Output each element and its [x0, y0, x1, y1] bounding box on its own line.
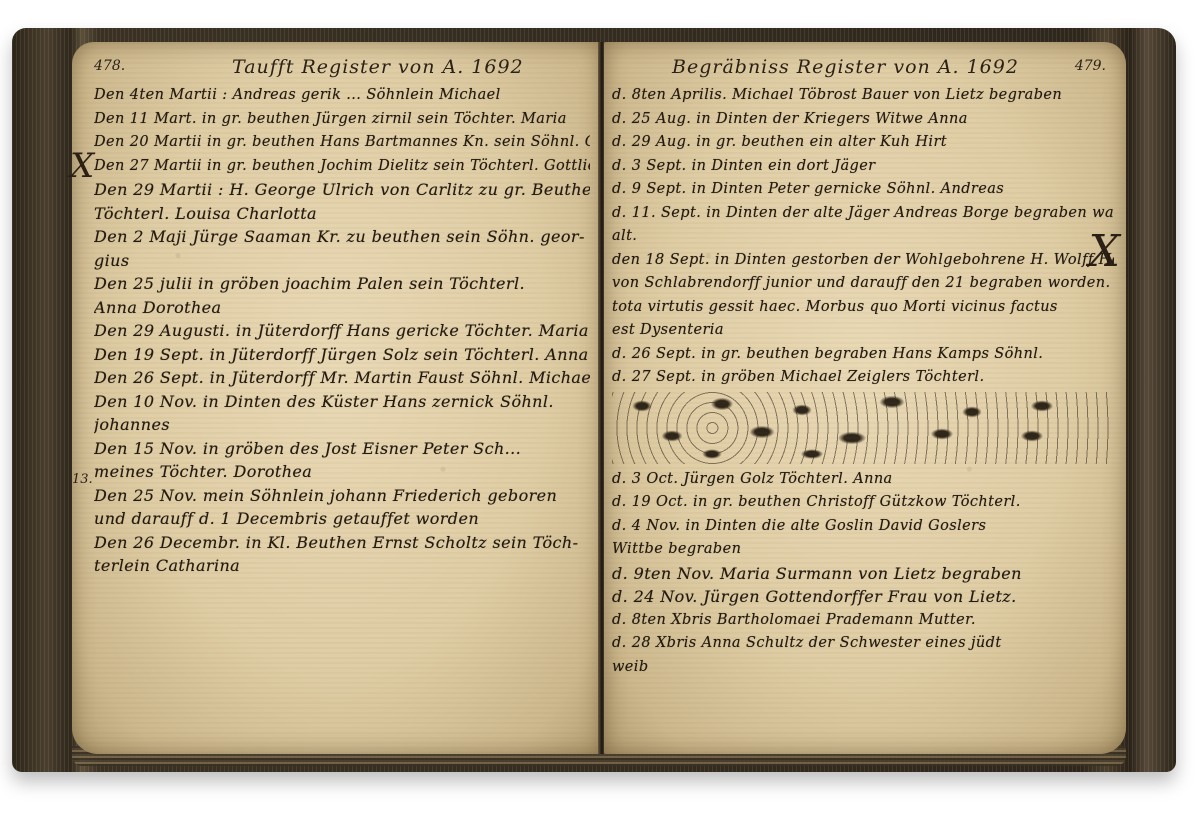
register-entry: Den 11 Mart. in gr. beuthen Jürgen zirni…	[94, 108, 590, 132]
open-register-book: 478. Taufft Register von A. 1692 X 13. D…	[12, 28, 1176, 772]
register-entry: d. 29 Aug. in gr. beuthen ein alter Kuh …	[612, 131, 1114, 155]
register-entry: d. 25 Aug. in Dinten der Kriegers Witwe …	[612, 108, 1114, 132]
register-entry: Den 15 Nov. in gröben des Jost Eisner Pe…	[94, 437, 590, 461]
register-entry: d. 26 Sept. in gr. beuthen begraben Hans…	[612, 343, 1114, 367]
register-entry: Den 19 Sept. in Jüterdorff Jürgen Solz s…	[94, 343, 590, 367]
register-entry: d. 3 Oct. Jürgen Golz Töchterl. Anna	[612, 468, 1114, 492]
baptism-entries: Den 4ten Martii : Andreas gerik ... Söhn…	[94, 84, 590, 578]
register-entry: meines Töchter. Dorothea	[94, 460, 590, 484]
register-entry: est Dysenteria	[612, 319, 1114, 343]
register-entry: Den 26 Decembr. in Kl. Beuthen Ernst Sch…	[94, 531, 590, 555]
register-entry: und darauff d. 1 Decembris getauffet wor…	[94, 507, 590, 531]
register-entry: Den 25 Nov. mein Söhnlein johann Frieder…	[94, 484, 590, 508]
register-entry: d. 28 Xbris Anna Schultz der Schwester e…	[612, 632, 1114, 656]
register-entry: tota virtutis gessit haec. Morbus quo Mo…	[612, 296, 1114, 320]
register-entry: d. 24 Nov. Jürgen Gottendorffer Frau von…	[612, 585, 1114, 609]
register-entry: d. 27 Sept. in gröben Michael Zeiglers T…	[612, 366, 1114, 390]
register-entry: Den 29 Martii : H. George Ulrich von Car…	[94, 178, 590, 202]
register-entry: Den 26 Sept. in Jüterdorff Mr. Martin Fa…	[94, 366, 590, 390]
register-entry: Den 20 Martii in gr. beuthen Hans Bartma…	[94, 131, 590, 155]
register-entry: Wittbe begraben	[612, 538, 1114, 562]
struck-out-entry	[612, 392, 1114, 464]
register-entry: d. 8ten Aprilis. Michael Töbrost Bauer v…	[612, 84, 1114, 108]
register-entry: Den 2 Maji Jürge Saaman Kr. zu beuthen s…	[94, 225, 590, 249]
register-entry: johannes	[94, 413, 590, 437]
register-entry: d. 3 Sept. in Dinten ein dort Jäger	[612, 155, 1114, 179]
register-entry: Den 4ten Martii : Andreas gerik ... Söhn…	[94, 84, 590, 108]
register-entry: den 18 Sept. in Dinten gestorben der Woh…	[612, 249, 1114, 273]
left-page-baptism-register: 478. Taufft Register von A. 1692 X 13. D…	[72, 42, 602, 754]
burial-entries: d. 8ten Aprilis. Michael Töbrost Bauer v…	[612, 84, 1114, 679]
register-entry: d. 4 Nov. in Dinten die alte Goslin Davi…	[612, 515, 1114, 539]
register-entry: alt.	[612, 225, 1114, 249]
left-page-number: 478.	[94, 58, 125, 74]
register-entry: Den 25 julii in gröben joachim Palen sei…	[94, 272, 590, 296]
register-entry: weib	[612, 656, 1114, 680]
register-entry: d. 9ten Nov. Maria Surmann von Lietz beg…	[612, 562, 1114, 586]
right-page-number: 479.	[1075, 58, 1106, 74]
left-page-heading: Taufft Register von A. 1692	[232, 56, 524, 78]
register-entry: d. 19 Oct. in gr. beuthen Christoff Gütz…	[612, 491, 1114, 515]
register-entry: d. 11. Sept. in Dinten der alte Jäger An…	[612, 202, 1114, 226]
right-page-burial-register: Begräbniss Register von A. 1692 479. X d…	[604, 42, 1126, 754]
register-entry: von Schlabrendorff junior und darauff de…	[612, 272, 1114, 296]
register-entry: gius	[94, 249, 590, 273]
margin-note: 13.	[72, 472, 93, 487]
register-entry: d. 8ten Xbris Bartholomaei Prademann Mut…	[612, 609, 1114, 633]
register-entry: d. 9 Sept. in Dinten Peter gernicke Söhn…	[612, 178, 1114, 202]
register-entry: Den 10 Nov. in Dinten des Küster Hans ze…	[94, 390, 590, 414]
margin-x-mark: X	[70, 146, 94, 186]
register-entry: Den 27 Martii in gr. beuthen Jochim Diel…	[94, 155, 590, 179]
register-entry: Töchterl. Louisa Charlotta	[94, 202, 590, 226]
right-page-heading: Begräbniss Register von A. 1692	[672, 56, 1019, 78]
register-entry: Den 29 Augusti. in Jüterdorff Hans geric…	[94, 319, 590, 343]
register-entry: Anna Dorothea	[94, 296, 590, 320]
register-entry: terlein Catharina	[94, 554, 590, 578]
